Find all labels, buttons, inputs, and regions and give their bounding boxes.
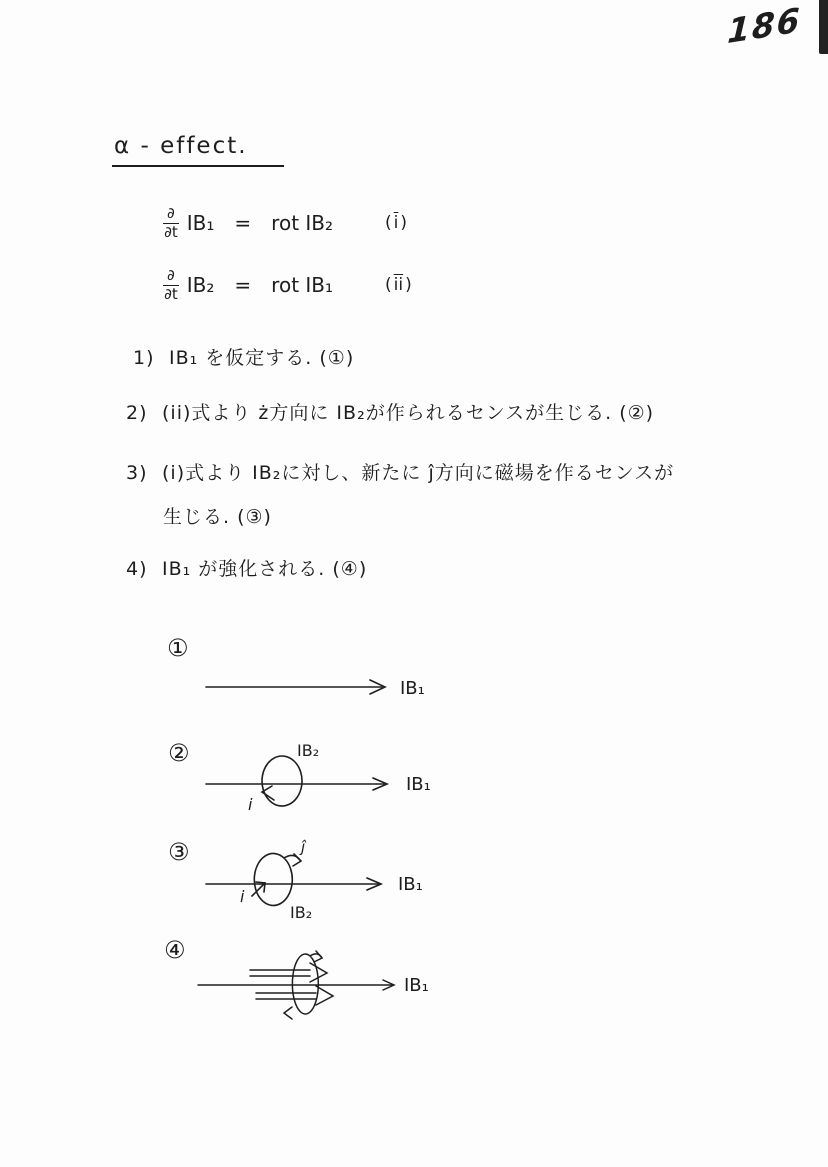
field-loop xyxy=(292,954,318,1014)
list-item-4: 4) IB₁ が強化される. (④) xyxy=(126,557,367,582)
list-item-number: 3) xyxy=(126,461,162,486)
current-label: i xyxy=(240,887,245,906)
diagram-2-number: ② xyxy=(168,741,190,765)
loop-field-label: IB₂ xyxy=(290,903,312,922)
field-label: IB₁ xyxy=(404,975,429,996)
equals-sign: = xyxy=(234,273,251,297)
partial-time-derivative: ∂ ∂t xyxy=(163,206,179,241)
list-item-3: 3) (i)式より IB₂に対し、新たに ĵ方向に磁場を作るセンスが xyxy=(126,461,674,486)
page-title: α - effect. xyxy=(112,133,284,167)
field-label: IB₁ xyxy=(400,678,425,699)
equation-2-rhs: rot IB₁ xyxy=(271,273,333,297)
list-item-text: (ii)式より ż方向に IB₂が作られるセンスが生じる. (②) xyxy=(162,401,654,426)
field-label: IB₁ xyxy=(398,874,423,895)
equation-1-rhs: rot IB₂ xyxy=(271,211,333,235)
notebook-page: { "page": { "number": "186", "ink_color"… xyxy=(0,0,828,1167)
equation-2-label: (ii) xyxy=(385,275,412,295)
field-label: IB₁ xyxy=(406,774,431,795)
list-item-number: 2) xyxy=(126,401,162,426)
list-item-number: 4) xyxy=(126,557,162,582)
equation-2: ∂ ∂t IB₂ = rot IB₁ (ii) xyxy=(163,268,412,303)
diagram-2-field-arrow-with-loop: IB₂ i IB₁ xyxy=(198,736,448,821)
list-item-text: IB₁ を仮定する. (①) xyxy=(169,346,354,371)
list-item-2: 2) (ii)式より ż方向に IB₂が作られるセンスが生じる. (②) xyxy=(126,401,654,426)
equation-2-lhs: IB₂ xyxy=(187,273,215,297)
loop-top-label: ĵ xyxy=(299,838,307,856)
diagram-1-field-arrow: IB₁ xyxy=(198,660,438,710)
list-item-text: (i)式より IB₂に対し、新たに ĵ方向に磁場を作るセンスが xyxy=(162,461,674,486)
partial-time-derivative: ∂ ∂t xyxy=(163,268,179,303)
equation-1: ∂ ∂t IB₁ = rot IB₂ (i) xyxy=(163,206,407,241)
diagram-4-number: ④ xyxy=(164,938,186,962)
scan-edge-artifact xyxy=(819,0,828,54)
diagram-3-field-arrow-with-loop: ĵ IB₂ i IB₁ xyxy=(198,836,448,926)
loop-field-label: IB₂ xyxy=(297,741,319,760)
field-loop xyxy=(254,853,292,905)
equation-1-lhs: IB₁ xyxy=(187,211,215,235)
diagram-4-reinforced-field: IB₁ xyxy=(192,933,452,1028)
list-item-text: IB₁ が強化される. (④) xyxy=(162,557,367,582)
list-item-3-line2: 生じる. (③) xyxy=(163,502,272,529)
list-item-number: 1) xyxy=(133,346,169,371)
diagram-1-number: ① xyxy=(167,636,189,660)
field-loop xyxy=(262,756,302,806)
loop-top-arrowhead-icon xyxy=(314,951,322,962)
list-item-1: 1) IB₁ を仮定する. (①) xyxy=(133,346,354,371)
loop-bottom-arrowhead-icon xyxy=(284,1007,292,1019)
page-number: 186 xyxy=(727,0,803,51)
equals-sign: = xyxy=(234,211,251,235)
diagram-3-number: ③ xyxy=(168,840,190,864)
equation-1-label: (i) xyxy=(385,213,407,233)
current-label: i xyxy=(248,795,253,814)
